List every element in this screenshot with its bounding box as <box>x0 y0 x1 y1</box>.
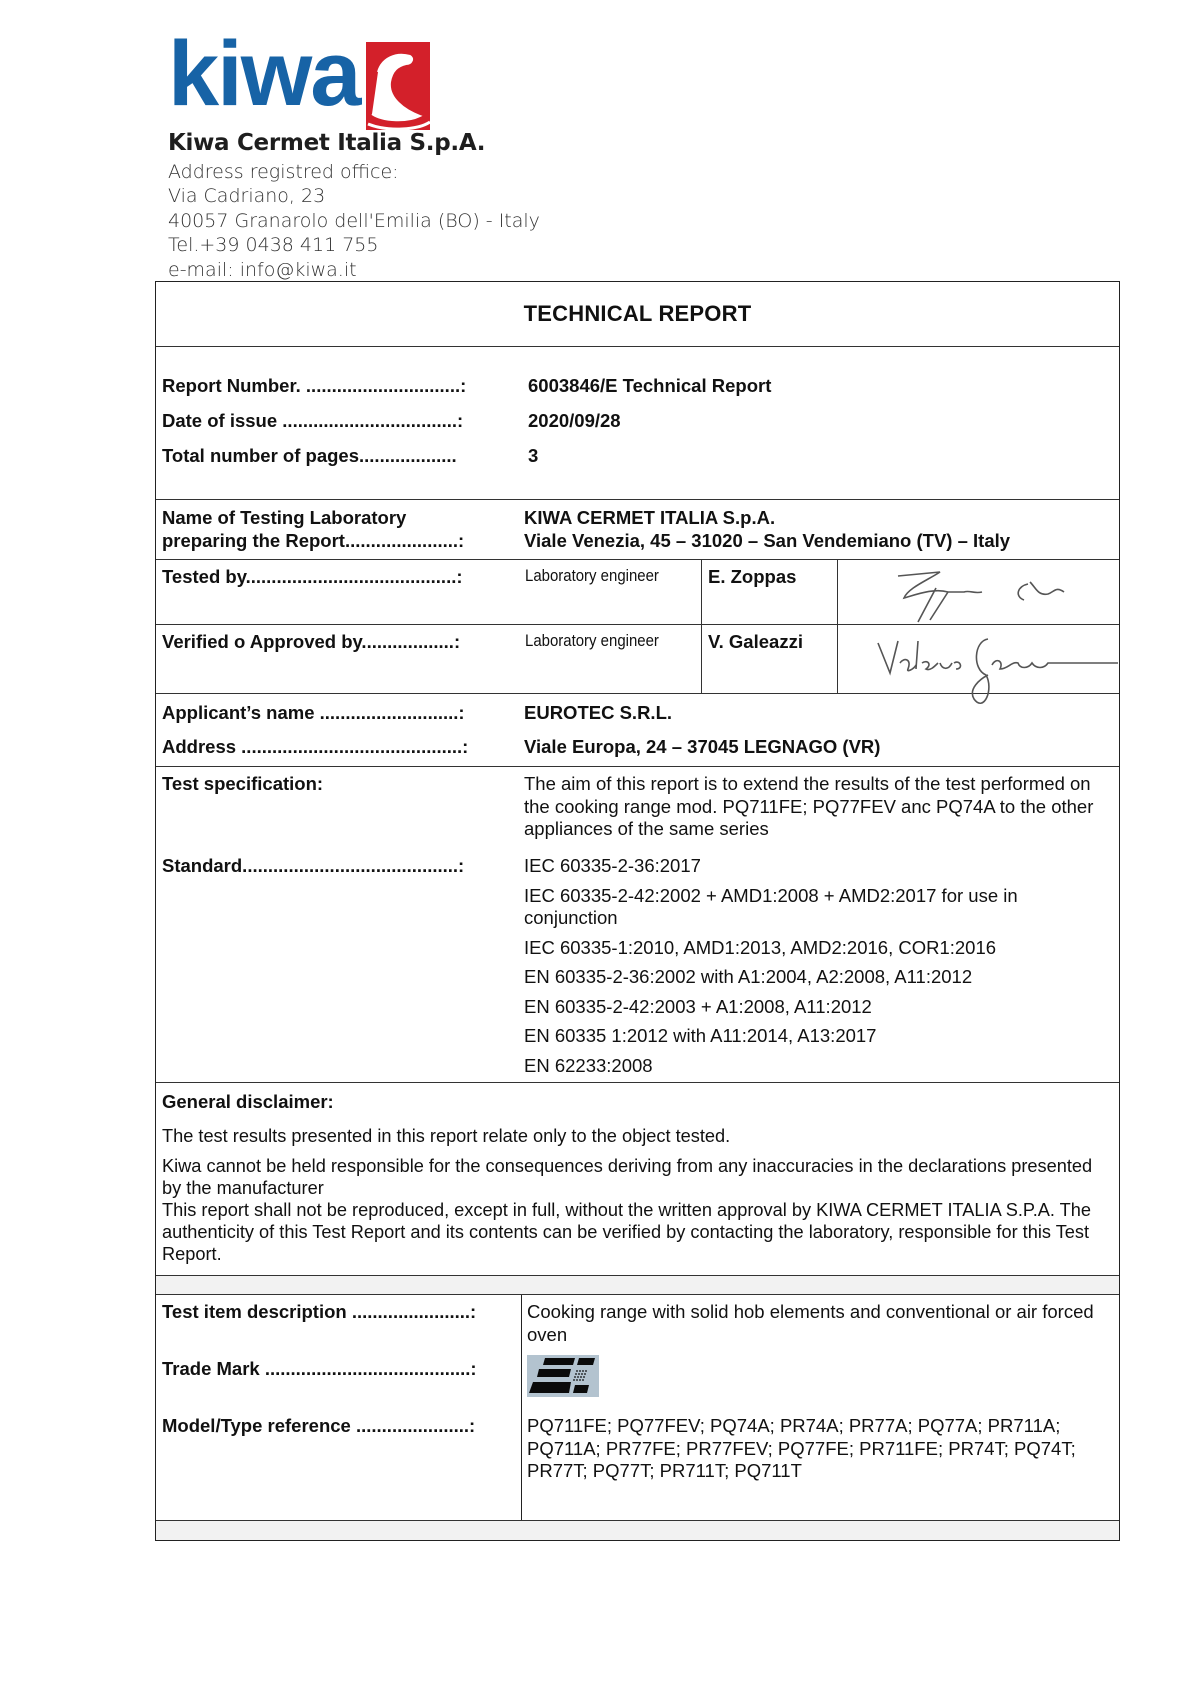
report-title: TECHNICAL REPORT <box>524 301 752 327</box>
standard-item: IEC 60335-2-36:2017 <box>524 855 1064 878</box>
standard-item: EN 60335-2-42:2003 + A1:2008, A11:2012 <box>524 996 1064 1019</box>
approved-by-label: Verified o Approved by..................… <box>162 631 460 652</box>
testing-lab-label: Name of Testing Laboratory preparing the… <box>162 506 464 552</box>
disclaimer-paragraph: This report shall not be reproduced, exc… <box>162 1199 1113 1265</box>
trade-mark-icon <box>527 1355 599 1397</box>
address-line: Tel.+39 0438 411 755 <box>168 233 540 257</box>
date-of-issue-value: 2020/09/28 <box>528 410 621 432</box>
trade-mark-logo <box>527 1355 599 1397</box>
logo-wordmark: kiwa <box>168 28 359 120</box>
shaded-footer <box>156 1521 1119 1540</box>
approved-by-row: Verified o Approved by..................… <box>156 625 1119 694</box>
address-line: e-mail: info@kiwa.it <box>168 258 540 282</box>
approved-by-role: Laboratory engineer <box>525 631 659 651</box>
standard-item: EN 60335-2-36:2002 with A1:2004, A2:2008… <box>524 966 1064 989</box>
test-item-description-label: Test item description ..................… <box>162 1301 476 1323</box>
trade-mark-label: Trade Mark .............................… <box>162 1358 477 1380</box>
tested-by-name: E. Zoppas <box>708 566 796 587</box>
address-line: 40057 Granarolo dell'Emilia (BO) - Italy <box>168 209 540 233</box>
disclaimer-heading: General disclaimer: <box>162 1091 1113 1113</box>
testing-lab-label-line2: preparing the Report....................… <box>162 529 464 552</box>
test-item-values: Cooking range with solid hob elements an… <box>521 1295 1119 1520</box>
test-specification-label: Test specification: <box>162 773 323 795</box>
applicant-name-label: Applicant’s name .......................… <box>162 702 465 724</box>
testing-lab-label-line1: Name of Testing Laboratory <box>162 506 464 529</box>
tested-by-role: Laboratory engineer <box>525 566 659 586</box>
standard-label: Standard................................… <box>162 855 464 877</box>
total-pages-label: Total number of pages................... <box>162 445 457 467</box>
date-of-issue-label: Date of issue ..........................… <box>162 410 463 432</box>
report-info-section: Report Number. .........................… <box>156 347 1119 500</box>
beaver-icon <box>348 42 430 130</box>
address-line: Via Cadriano, 23 <box>168 184 540 208</box>
approved-by-name: V. Galeazzi <box>708 631 803 652</box>
test-specification-value: The aim of this report is to extend the … <box>524 773 1104 841</box>
shaded-divider <box>156 1276 1119 1295</box>
disclaimer-section: General disclaimer: The test results pre… <box>156 1083 1119 1276</box>
report-table: TECHNICAL REPORT Report Number. ........… <box>155 281 1120 1541</box>
tested-by-label: Tested by...............................… <box>162 566 463 587</box>
testing-lab-value: KIWA CERMET ITALIA S.p.A. Viale Venezia,… <box>524 506 1010 552</box>
model-type-reference-label: Model/Type reference ...................… <box>162 1415 475 1437</box>
disclaimer-paragraph: The test results presented in this repor… <box>162 1125 1113 1147</box>
testing-lab-section: Name of Testing Laboratory preparing the… <box>156 500 1119 560</box>
applicant-section: Applicant’s name .......................… <box>156 694 1119 767</box>
report-number-label: Report Number. .........................… <box>162 375 466 397</box>
signature-galeazzi <box>837 625 1119 693</box>
model-type-reference-value: PQ711FE; PQ77FEV; PQ74A; PR74A; PR77A; P… <box>527 1415 1107 1483</box>
standard-item: IEC 60335-2-42:2002 + AMD1:2008 + AMD2:2… <box>524 885 1064 930</box>
test-item-labels: Test item description ..................… <box>156 1295 521 1520</box>
test-item-section: Test item description ..................… <box>156 1295 1119 1521</box>
standard-list: IEC 60335-2-36:2017 IEC 60335-2-42:2002 … <box>524 855 1064 1077</box>
signature-zoppas <box>837 560 1119 624</box>
testing-lab-name: KIWA CERMET ITALIA S.p.A. <box>524 506 1010 529</box>
tested-by-row: Tested by...............................… <box>156 560 1119 625</box>
applicant-name-value: EUROTEC S.R.L. <box>524 702 672 724</box>
address-line: Address registred office: <box>168 160 540 184</box>
standard-item: IEC 60335-1:2010, AMD1:2013, AMD2:2016, … <box>524 937 1064 960</box>
standard-item: EN 60335 1:2012 with A11:2014, A13:2017 <box>524 1025 1064 1048</box>
total-pages-value: 3 <box>528 445 538 467</box>
test-specification-section: Test specification: The aim of this repo… <box>156 767 1119 1083</box>
disclaimer-paragraph: Kiwa cannot be held responsible for the … <box>162 1155 1113 1199</box>
title-row: TECHNICAL REPORT <box>156 282 1119 347</box>
testing-lab-address: Viale Venezia, 45 – 31020 – San Vendemia… <box>524 529 1010 552</box>
applicant-address-value: Viale Europa, 24 – 37045 LEGNAGO (VR) <box>524 736 880 758</box>
report-number-value: 6003846/E Technical Report <box>528 375 771 397</box>
company-name: Kiwa Cermet Italia S.p.A. <box>168 130 485 156</box>
kiwa-logo: kiwa <box>168 42 430 130</box>
test-item-description-value: Cooking range with solid hob elements an… <box>527 1301 1097 1346</box>
standard-item: EN 62233:2008 <box>524 1055 1064 1078</box>
company-address: Address registred office: Via Cadriano, … <box>168 160 540 282</box>
applicant-address-label: Address ................................… <box>162 736 468 758</box>
